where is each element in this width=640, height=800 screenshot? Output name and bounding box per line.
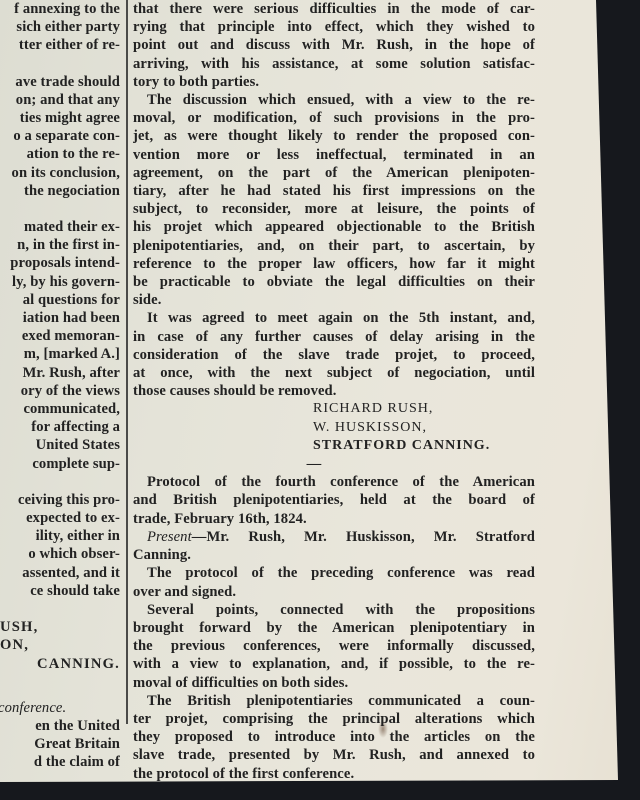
left-line: proposals intend- bbox=[0, 254, 120, 272]
paragraph-2: The discussion which ensued, with a view… bbox=[133, 91, 535, 309]
left-line: communicated, bbox=[0, 400, 120, 418]
left-line: m, [marked A.] bbox=[0, 345, 120, 363]
signature-huskisson: W. HUSKISSON, bbox=[133, 419, 535, 437]
left-line: en the United bbox=[0, 717, 120, 735]
section-separator: — bbox=[133, 455, 535, 473]
left-signature: CANNING. bbox=[0, 655, 120, 673]
left-line: ave trade should bbox=[0, 73, 120, 91]
left-line: expected to ex- bbox=[0, 509, 120, 527]
left-line: al questions for bbox=[0, 291, 120, 309]
left-heading: conference. bbox=[0, 699, 120, 717]
left-line: d the claim of bbox=[0, 753, 120, 771]
left-line: n, in the first in- bbox=[0, 236, 120, 254]
left-line: ce should take bbox=[0, 582, 120, 600]
left-line: on its conclusion, bbox=[0, 164, 120, 182]
present-label: Present bbox=[147, 529, 192, 545]
left-line: ility, either in bbox=[0, 527, 120, 545]
left-line: sich either party bbox=[0, 18, 120, 36]
left-signature: USH, bbox=[0, 618, 120, 636]
left-line: mated their ex- bbox=[0, 218, 120, 236]
left-line: Great Britain bbox=[0, 735, 120, 753]
signature-rush: RICHARD RUSH, bbox=[133, 400, 535, 418]
paragraph-5: Present—Mr. Rush, Mr. Huskisson, Mr. Str… bbox=[133, 528, 535, 564]
paragraph-4: Protocol of the fourth conference of the… bbox=[133, 473, 535, 528]
left-line: ation to the re- bbox=[0, 145, 120, 163]
column-rule bbox=[126, 0, 128, 724]
left-column: f annexing to the sich either party tter… bbox=[0, 0, 120, 772]
left-line: ties might agree bbox=[0, 109, 120, 127]
left-line: for affecting a bbox=[0, 418, 120, 436]
left-line: iation had been bbox=[0, 309, 120, 327]
left-line: tter either of re- bbox=[0, 36, 120, 54]
left-line: o a separate con- bbox=[0, 127, 120, 145]
left-line: o which obser- bbox=[0, 545, 120, 563]
signature-canning: STRATFORD CANNING. bbox=[133, 437, 535, 455]
left-line: ly, by his govern- bbox=[0, 273, 120, 291]
left-line: assented, and it bbox=[0, 564, 120, 582]
paragraph-8: The British plenipotentiaries communicat… bbox=[133, 692, 535, 783]
left-line: exed memoran- bbox=[0, 327, 120, 345]
paragraph-7: Several points, connected with the propo… bbox=[133, 601, 535, 692]
left-line: complete sup- bbox=[0, 455, 120, 473]
left-line: f annexing to the bbox=[0, 0, 120, 18]
newspaper-page: f annexing to the sich either party tter… bbox=[0, 0, 640, 800]
left-signature: ON, bbox=[0, 636, 120, 654]
left-line: the negociation bbox=[0, 182, 120, 200]
paragraph-3: It was agreed to meet again on the 5th i… bbox=[133, 309, 535, 400]
left-line: ory of the views bbox=[0, 382, 120, 400]
left-line: ceiving this pro- bbox=[0, 491, 120, 509]
left-line: United States bbox=[0, 436, 120, 454]
right-column: that there were serious difficulties in … bbox=[133, 0, 535, 783]
signature-block: RICHARD RUSH, W. HUSKISSON, STRATFORD CA… bbox=[133, 400, 535, 455]
paragraph-6: The protocol of the preceding conference… bbox=[133, 564, 535, 600]
left-line: on; and that any bbox=[0, 91, 120, 109]
left-line: Mr. Rush, after bbox=[0, 364, 120, 382]
paragraph-1: that there were serious difficulties in … bbox=[133, 0, 535, 91]
